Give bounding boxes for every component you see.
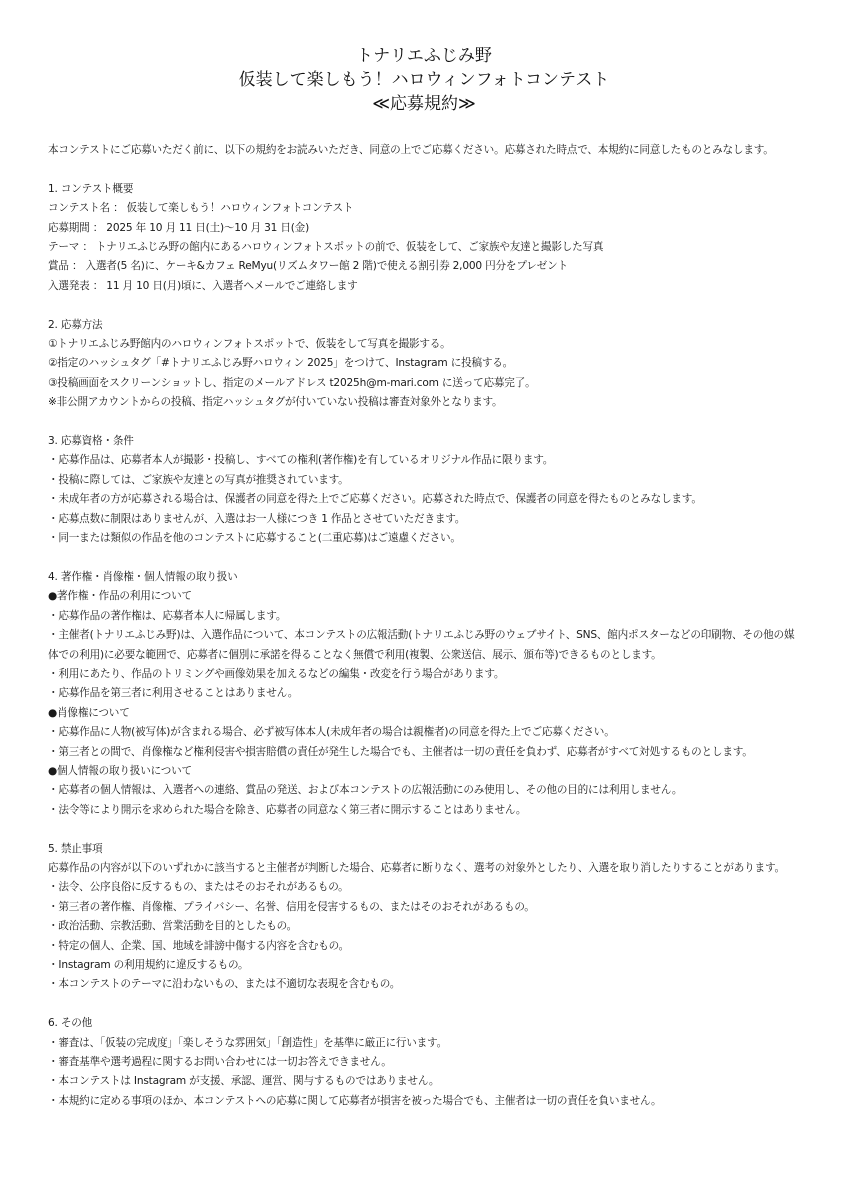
section-prohibited: 5. 禁止事項 応募作品の内容が以下のいずれかに該当すると主催者が判断した場合、… bbox=[48, 840, 828, 995]
list-item: ・法令等により開示を求められた場合を除き、応募者の同意なく第三者に開示することは… bbox=[48, 801, 828, 820]
list-item: ・法令、公序良俗に反するもの、またはそのおそれがあるもの。 bbox=[48, 878, 828, 897]
overview-contest-name: コンテスト名 ： 仮装して楽しもう！ハロウィンフォトコンテスト bbox=[48, 199, 828, 218]
subheading-portrait-rights: ●肖像権について bbox=[48, 704, 828, 723]
list-item: ・本コンテストは Instagram が支援、承認、運営、関与するものではありま… bbox=[48, 1072, 828, 1091]
list-item: ・審査は、「仮装の完成度」「楽しそうな雰囲気」「創造性」を基準に厳正に行います。 bbox=[48, 1034, 828, 1053]
subheading-copyright: ●著作権・作品の利用について bbox=[48, 587, 828, 606]
list-item: ・本規約に定める事項のほか、本コンテストへの応募に関して応募者が損害を被った場合… bbox=[48, 1092, 828, 1111]
step-item: ①トナリエふじみ野館内のハロウィンフォトスポットで、仮装をして写真を撮影する。 bbox=[48, 335, 828, 354]
list-item: ・主催者(トナリエふじみ野)は、入選作品について、本コンテストの広報活動(トナリ… bbox=[48, 626, 828, 645]
overview-announcement: 入選発表 ： 11 月 10 日(月)頃に、入選者へメールでご連絡します bbox=[48, 277, 828, 296]
list-item-continued: 体での利用)に必要な範囲で、応募者に個別に承諾を得ることなく無償で利用(複製、公… bbox=[48, 646, 828, 665]
title-venue: トナリエふじみ野 bbox=[0, 44, 848, 68]
list-item: ・Instagram の利用規約に違反するもの。 bbox=[48, 956, 828, 975]
section-other: 6. その他 ・審査は、「仮装の完成度」「楽しそうな雰囲気」「創造性」を基準に厳… bbox=[48, 1014, 828, 1111]
section-heading: 3. 応募資格・条件 bbox=[48, 432, 828, 451]
list-item: ・利用にあたり、作品のトリミングや画像効果を加えるなどの編集・改変を行う場合があ… bbox=[48, 665, 828, 684]
list-item: ・応募作品は、応募者本人が撮影・投稿し、すべての権利(著作権)を有しているオリジ… bbox=[48, 451, 828, 470]
list-item: ・未成年者の方が応募される場合は、保護者の同意を得た上でご応募ください。応募され… bbox=[48, 490, 828, 509]
section-heading: 4. 著作権・肖像権・個人情報の取り扱い bbox=[48, 568, 828, 587]
step-item: ②指定のハッシュタグ「#トナリエふじみ野ハロウィン 2025」をつけて、Inst… bbox=[48, 354, 828, 373]
subheading-personal-info: ●個人情報の取り扱いについて bbox=[48, 762, 828, 781]
list-item: ・応募者の個人情報は、入選者への連絡、賞品の発送、および本コンテストの広報活動に… bbox=[48, 781, 828, 800]
overview-period: 応募期間 ： 2025 年 10 月 11 日(土)～10 月 31 日(金) bbox=[48, 219, 828, 238]
overview-theme: テーマ ： トナリエふじみ野の館内にあるハロウィンフォトスポットの前で、仮装をし… bbox=[48, 238, 828, 257]
list-item: ・応募点数に制限はありませんが、入選はお一人様につき 1 作品とさせていただきま… bbox=[48, 510, 828, 529]
list-item: ・審査基準や選考過程に関するお問い合わせには一切お答えできません。 bbox=[48, 1053, 828, 1072]
list-item: ・同一または類似の作品を他のコンテストに応募すること(二重応募)はご遠慮ください… bbox=[48, 529, 828, 548]
intro-paragraph: 本コンテストにご応募いただく前に、以下の規約をお読みいただき、同意の上でご応募く… bbox=[48, 141, 828, 160]
list-item: ・応募作品を第三者に利用させることはありません。 bbox=[48, 684, 828, 703]
section-overview: 1. コンテスト概要 コンテスト名 ： 仮装して楽しもう！ハロウィンフォトコンテ… bbox=[48, 180, 828, 296]
section-rights: 4. 著作権・肖像権・個人情報の取り扱い ●著作権・作品の利用について ・応募作… bbox=[48, 568, 828, 820]
section-heading: 1. コンテスト概要 bbox=[48, 180, 828, 199]
prohibited-intro: 応募作品の内容が以下のいずれかに該当すると主催者が判断した場合、応募者に断りなく… bbox=[48, 859, 828, 878]
title-contest: 仮装して楽しもう！ハロウィンフォトコンテスト bbox=[0, 68, 848, 92]
section-heading: 5. 禁止事項 bbox=[48, 840, 828, 859]
list-item: ・特定の個人、企業、国、地域を誹謗中傷する内容を含むもの。 bbox=[48, 937, 828, 956]
step-item: ③投稿画面をスクリーンショットし、指定のメールアドレス t2025h@m-mar… bbox=[48, 374, 828, 393]
list-item: ・本コンテストのテーマに沿わないもの、または不適切な表現を含むもの。 bbox=[48, 975, 828, 994]
list-item: ・応募作品の著作権は、応募者本人に帰属します。 bbox=[48, 607, 828, 626]
list-item: ・第三者との間で、肖像権など権利侵害や損害賠償の責任が発生した場合でも、主催者は… bbox=[48, 743, 828, 762]
note-item: ※非公開アカウントからの投稿、指定ハッシュタグが付いていない投稿は審査対象外とな… bbox=[48, 393, 828, 412]
document-body: 本コンテストにご応募いただく前に、以下の規約をお読みいただき、同意の上でご応募く… bbox=[48, 141, 828, 1111]
section-how-to-apply: 2. 応募方法 ①トナリエふじみ野館内のハロウィンフォトスポットで、仮装をして写… bbox=[48, 316, 828, 413]
list-item: ・応募作品に人物(被写体)が含まれる場合、必ず被写体本人(未成年者の場合は親権者… bbox=[48, 723, 828, 742]
list-item: ・第三者の著作権、肖像権、プライバシー、名誉、信用を侵害するもの、またはそのおそ… bbox=[48, 898, 828, 917]
document-title: トナリエふじみ野 仮装して楽しもう！ハロウィンフォトコンテスト ≪応募規約≫ bbox=[0, 44, 848, 116]
section-heading: 6. その他 bbox=[48, 1014, 828, 1033]
section-eligibility: 3. 応募資格・条件 ・応募作品は、応募者本人が撮影・投稿し、すべての権利(著作… bbox=[48, 432, 828, 548]
overview-prize: 賞品 ： 入選者(5 名)に、ケーキ&カフェ ReMyu(リズムタワー館 2 階… bbox=[48, 257, 828, 276]
title-terms: ≪応募規約≫ bbox=[0, 92, 848, 116]
section-heading: 2. 応募方法 bbox=[48, 316, 828, 335]
list-item: ・政治活動、宗教活動、営業活動を目的としたもの。 bbox=[48, 917, 828, 936]
list-item: ・投稿に際しては、ご家族や友達との写真が推奨されています。 bbox=[48, 471, 828, 490]
